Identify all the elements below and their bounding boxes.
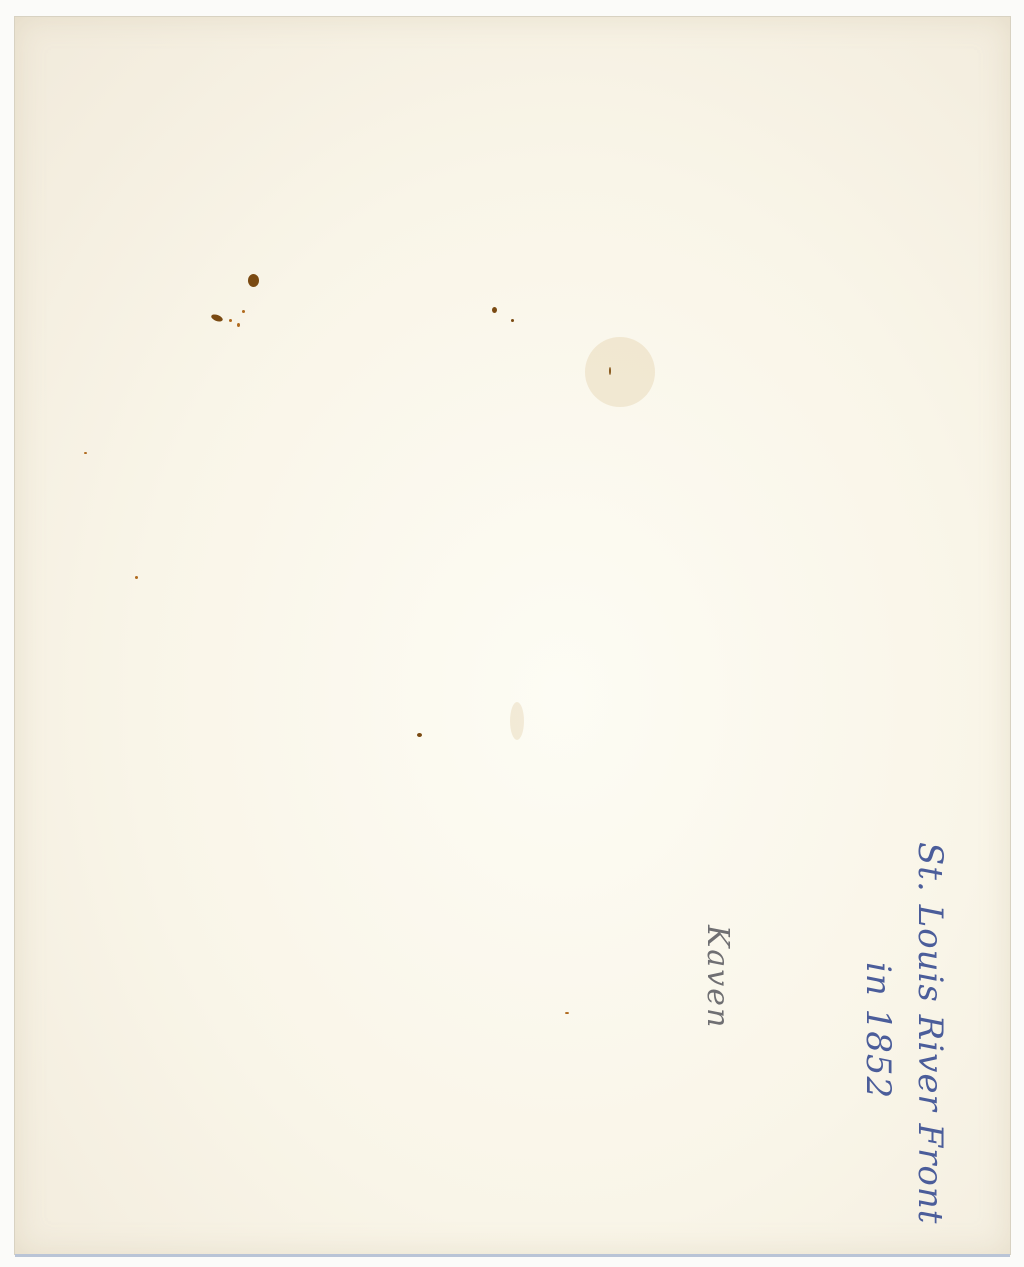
faint-stain <box>585 337 655 407</box>
faint-stain <box>510 702 524 740</box>
stain-spot <box>565 1012 569 1014</box>
stain-spot <box>210 313 223 323</box>
stain-spot <box>248 274 259 287</box>
stain-spot <box>242 310 245 313</box>
inscription-date: in 1852 <box>858 962 898 1099</box>
stain-spot <box>84 452 87 454</box>
stain-spot <box>135 576 138 579</box>
stain-spot <box>492 307 497 313</box>
pencil-note: Kaven <box>700 925 735 1029</box>
stain-spot <box>417 733 422 737</box>
stain-spot <box>229 319 232 322</box>
inscription-title: St. Louis River Front <box>910 842 950 1224</box>
stain-spot <box>511 319 514 322</box>
stain-spot <box>237 323 240 327</box>
